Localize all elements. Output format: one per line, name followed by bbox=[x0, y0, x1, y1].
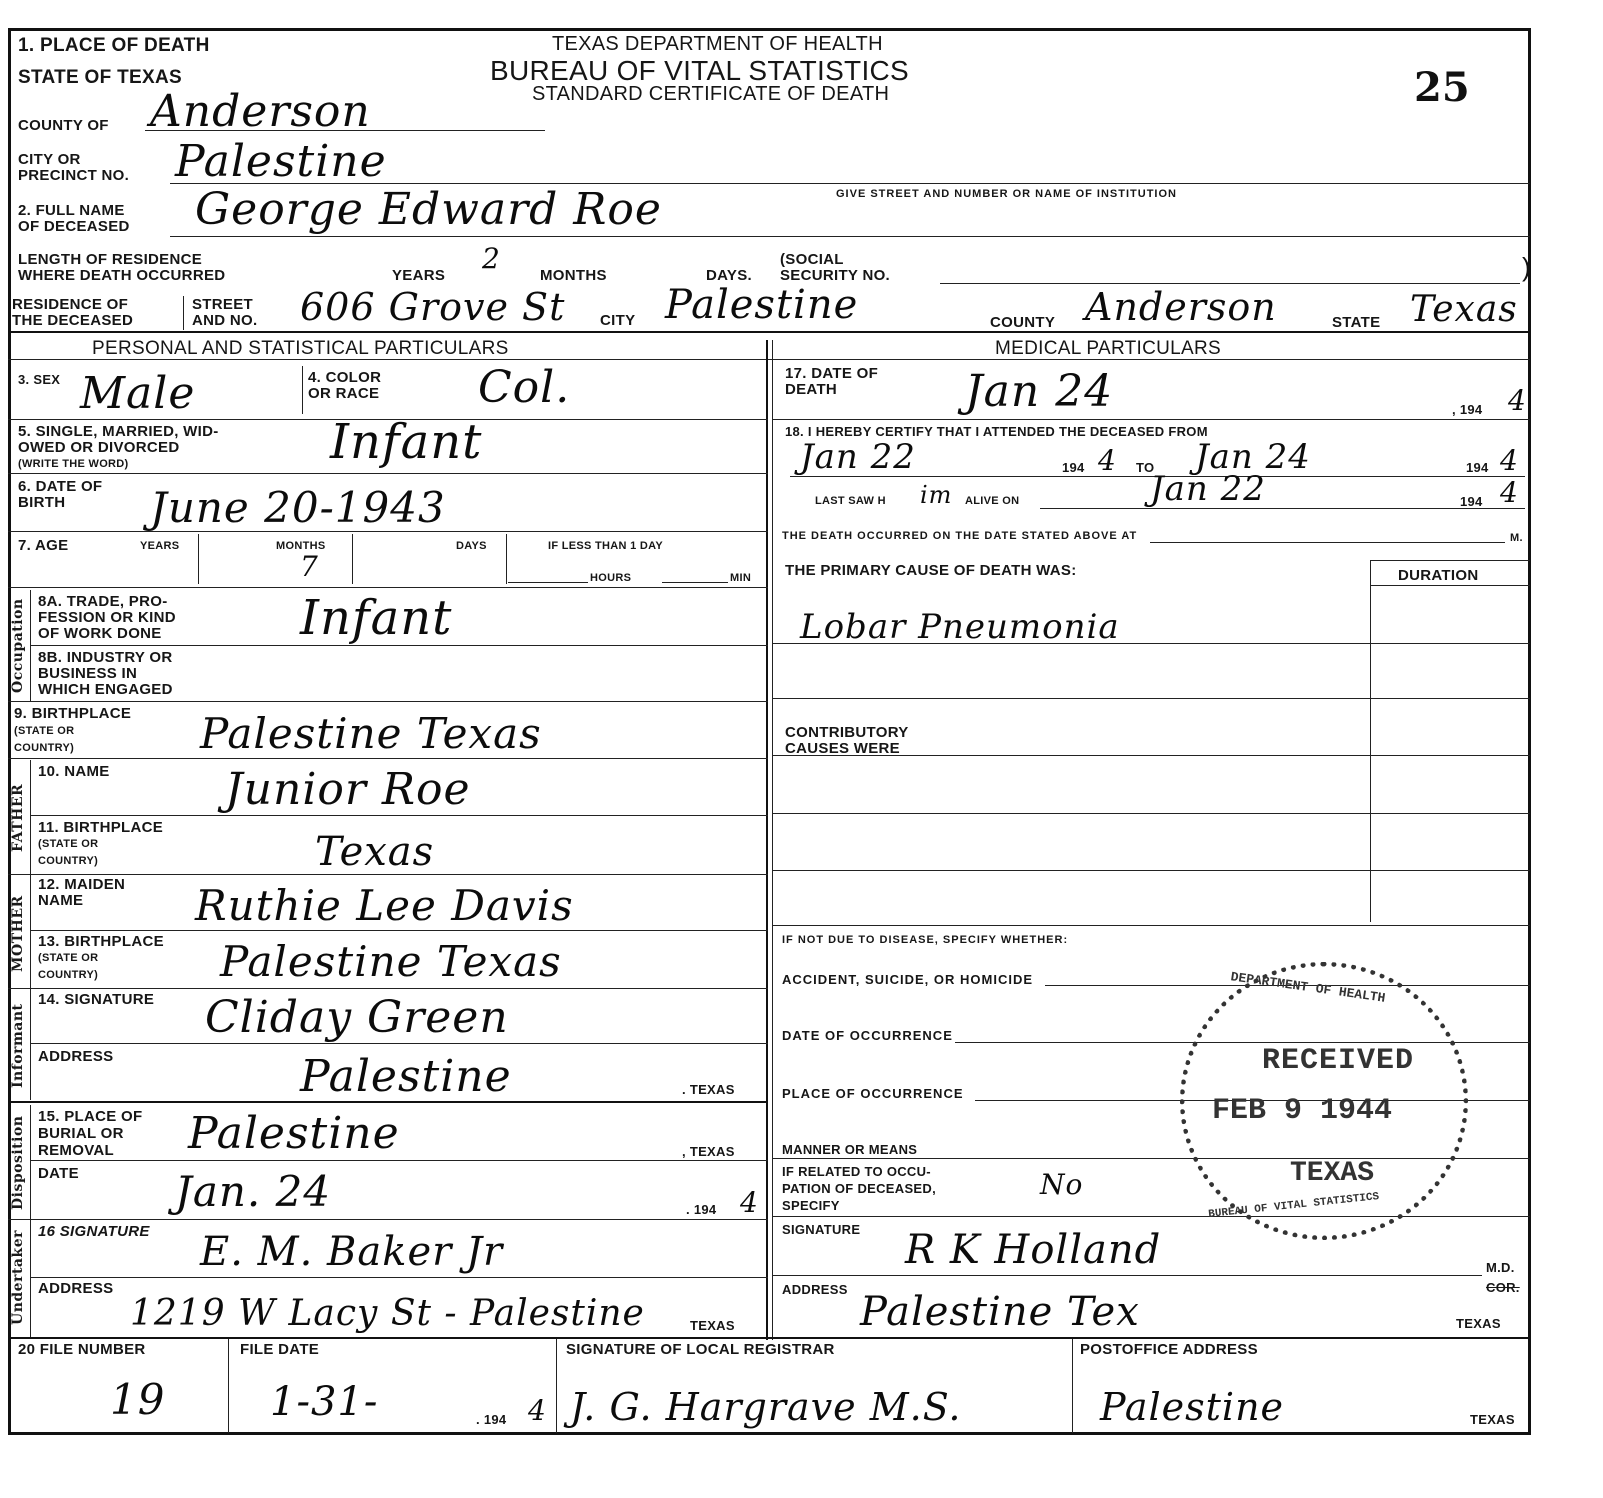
undertaker-addr-value[interactable]: 1219 W Lacy St - Palestine bbox=[130, 1292, 645, 1336]
residence-label-1: RESIDENCE OF bbox=[12, 297, 128, 313]
ssn-label-1: (SOCIAL bbox=[780, 252, 844, 268]
burial-label-2: BURIAL OR bbox=[38, 1126, 124, 1142]
birthplace-label-3: COUNTRY) bbox=[14, 742, 74, 755]
age-div-3 bbox=[506, 534, 507, 584]
undertaker-side-label: Undertaker bbox=[10, 1222, 30, 1334]
informant-addr-value[interactable]: Palestine bbox=[300, 1055, 512, 1099]
occurrence-date-label: DATE OF OCCURRENCE bbox=[782, 1028, 953, 1043]
row-line-mother-birthplace bbox=[8, 988, 768, 989]
row-line-trade bbox=[30, 645, 768, 646]
residence-state-label: STATE bbox=[1332, 315, 1380, 331]
burial-state: , TEXAS bbox=[682, 1144, 735, 1159]
marital-label-1: 5. SINGLE, MARRIED, WID- bbox=[18, 424, 219, 440]
disposition-side-label: Disposition bbox=[10, 1108, 30, 1218]
hours-label: HOURS bbox=[590, 572, 631, 585]
footer-div-1 bbox=[228, 1339, 229, 1433]
cause-line-2 bbox=[772, 698, 1530, 699]
contrib-line-4 bbox=[772, 925, 1530, 926]
residence-length-label-2: WHERE DEATH OCCURRED bbox=[18, 268, 225, 284]
sex-label: 3. SEX bbox=[18, 372, 60, 387]
contrib-line-3 bbox=[772, 870, 1530, 871]
row-line-dob bbox=[8, 531, 768, 532]
full-name-label-1: 2. FULL NAME bbox=[18, 203, 125, 219]
undertaker-side-divider bbox=[30, 1220, 31, 1338]
burial-date-value[interactable]: Jan. 24 bbox=[175, 1170, 331, 1214]
related-label-1: IF RELATED TO OCCU- bbox=[782, 1164, 931, 1179]
ssn-close-paren: ) bbox=[1522, 252, 1531, 283]
trade-label-1: 8A. TRADE, PRO- bbox=[38, 594, 168, 610]
attended-to-year-suffix[interactable]: 4 bbox=[1500, 446, 1519, 476]
file-date-year-suffix[interactable]: 4 bbox=[528, 1396, 547, 1426]
min-label: MIN bbox=[730, 572, 751, 585]
physician-address-state: TEXAS bbox=[1456, 1316, 1501, 1331]
certificate-number: 25 bbox=[1414, 66, 1470, 110]
duration-top-line bbox=[1370, 560, 1530, 561]
physician-signature-label: SIGNATURE bbox=[782, 1222, 860, 1237]
row-line-marital bbox=[8, 473, 768, 474]
father-birthplace-label-2: (STATE OR bbox=[38, 838, 98, 851]
undertaker-addr-label: ADDRESS bbox=[38, 1281, 113, 1297]
residence-state-value[interactable]: Texas bbox=[1410, 288, 1518, 332]
frame-bottom bbox=[8, 1432, 1530, 1435]
accident-label: ACCIDENT, SUICIDE, OR HOMICIDE bbox=[782, 972, 1033, 987]
dob-label-2: BIRTH bbox=[18, 495, 65, 511]
sex-race-divider bbox=[302, 366, 303, 414]
full-name-label-2: OF DECEASED bbox=[18, 219, 130, 235]
death-date-label-2: DEATH bbox=[785, 382, 837, 398]
row-line-informant-addr bbox=[8, 1101, 768, 1103]
race-label-1: 4. COLOR bbox=[308, 370, 381, 386]
residence-county-value[interactable]: Anderson bbox=[1085, 285, 1277, 329]
death-time-line bbox=[1150, 542, 1505, 543]
death-year-suffix[interactable]: 4 bbox=[1508, 386, 1527, 416]
sex-value[interactable]: Male bbox=[80, 372, 195, 416]
father-side-divider bbox=[30, 760, 31, 876]
father-side-label: FATHER bbox=[10, 762, 30, 874]
father-name-value[interactable]: Junior Roe bbox=[225, 768, 471, 812]
county-of-label: COUNTY OF bbox=[18, 118, 109, 134]
industry-label-2: BUSINESS IN bbox=[38, 666, 137, 682]
file-date-value[interactable]: 1-31- bbox=[270, 1380, 378, 1424]
hours-line bbox=[508, 582, 588, 583]
burial-label-3: REMOVAL bbox=[38, 1143, 114, 1159]
bureau-title: BUREAU OF VITAL STATISTICS bbox=[490, 56, 909, 86]
row-line-burial bbox=[30, 1160, 768, 1161]
marital-label-2: OWED OR DIVORCED bbox=[18, 440, 179, 456]
street-label-1: STREET bbox=[192, 297, 253, 313]
alive-on-label: ALIVE ON bbox=[965, 495, 1019, 508]
dob-label-1: 6. DATE OF bbox=[18, 479, 102, 495]
footer-div-2 bbox=[556, 1339, 557, 1433]
undertaker-sig-label: 16 SIGNATURE bbox=[38, 1224, 150, 1240]
ssn-line bbox=[940, 283, 1520, 284]
related-label-3: SPECIFY bbox=[782, 1198, 840, 1213]
center-divider-b bbox=[772, 340, 773, 1340]
age-days-label: DAYS bbox=[456, 540, 487, 553]
center-divider-a bbox=[766, 340, 768, 1340]
min-line bbox=[662, 582, 728, 583]
race-label-2: OR RACE bbox=[308, 386, 379, 402]
frame-right bbox=[1528, 28, 1531, 1435]
medical-section-title: MEDICAL PARTICULARS bbox=[995, 339, 1221, 358]
last-saw-line bbox=[1040, 508, 1525, 509]
county-line bbox=[145, 130, 545, 131]
postoffice-state: TEXAS bbox=[1470, 1412, 1515, 1427]
row-line-industry bbox=[8, 701, 768, 702]
birthplace-label-1: 9. BIRTHPLACE bbox=[14, 706, 131, 722]
row-line-father-name bbox=[30, 815, 768, 816]
death-time-label: THE DEATH OCCURRED ON THE DATE STATED AB… bbox=[782, 530, 1137, 543]
age-label: 7. AGE bbox=[18, 538, 68, 554]
contrib-line-2 bbox=[772, 813, 1530, 814]
duration-divider bbox=[1370, 560, 1371, 922]
row-line-father-birthplace bbox=[8, 874, 768, 875]
marital-value[interactable]: Infant bbox=[330, 420, 482, 464]
race-value[interactable]: Col. bbox=[478, 366, 570, 410]
section-header-line bbox=[8, 359, 1530, 360]
age-years-label: YEARS bbox=[140, 540, 179, 553]
frame-top bbox=[8, 28, 1530, 31]
primary-cause-label: THE PRIMARY CAUSE OF DEATH WAS: bbox=[785, 563, 1077, 579]
related-line bbox=[772, 1216, 1530, 1217]
street-value[interactable]: 606 Grove St bbox=[300, 285, 565, 329]
department-title: TEXAS DEPARTMENT OF HEALTH bbox=[552, 35, 883, 54]
burial-label-1: 15. PLACE OF bbox=[38, 1109, 142, 1125]
postoffice-label: POSTOFFICE ADDRESS bbox=[1080, 1342, 1258, 1358]
father-birthplace-value[interactable]: Texas bbox=[315, 830, 434, 874]
physician-sig-line bbox=[772, 1275, 1482, 1276]
registrar-value[interactable]: J. G. Hargrave M.S. bbox=[570, 1385, 962, 1429]
informant-side-divider bbox=[30, 990, 31, 1100]
informant-sig-value[interactable]: Cliday Green bbox=[205, 996, 509, 1040]
mother-birthplace-label-1: 13. BIRTHPLACE bbox=[38, 934, 164, 950]
residence-divider bbox=[183, 296, 184, 330]
county-value[interactable]: Anderson bbox=[150, 90, 371, 134]
row-line-age bbox=[8, 587, 768, 588]
father-birthplace-label-3: COUNTRY) bbox=[38, 855, 98, 868]
father-birthplace-label-1: 11. BIRTHPLACE bbox=[38, 820, 163, 836]
death-date-label-1: 17. DATE OF bbox=[785, 366, 878, 382]
age-div-2 bbox=[352, 534, 353, 584]
row-line-death-date bbox=[772, 419, 1530, 420]
industry-label-1: 8B. INDUSTRY OR bbox=[38, 650, 173, 666]
city-label-1: CITY OR bbox=[18, 152, 81, 168]
death-time-suffix: M. bbox=[1510, 532, 1523, 545]
mother-birthplace-label-2: (STATE OR bbox=[38, 952, 98, 965]
contributory-label-1: CONTRIBUTORY bbox=[785, 725, 909, 741]
duration-under-line bbox=[1370, 585, 1530, 586]
personal-section-title: PERSONAL AND STATISTICAL PARTICULARS bbox=[92, 339, 509, 358]
informant-addr-label: ADDRESS bbox=[38, 1049, 113, 1065]
father-name-label: 10. NAME bbox=[38, 764, 110, 780]
row-line-informant-sig bbox=[30, 1043, 768, 1044]
file-number-value[interactable]: 19 bbox=[110, 1378, 165, 1422]
birthplace-value[interactable]: Palestine Texas bbox=[200, 712, 542, 756]
cause-line-1 bbox=[772, 643, 1530, 644]
duration-label: DURATION bbox=[1398, 568, 1478, 584]
age-months-value[interactable]: 7 bbox=[300, 552, 319, 582]
row-line-birthplace bbox=[8, 758, 768, 759]
certificate-title: STANDARD CERTIFICATE OF DEATH bbox=[532, 85, 889, 104]
mother-name-label-2: NAME bbox=[38, 893, 83, 909]
file-number-label: 20 FILE NUMBER bbox=[18, 1342, 146, 1358]
institution-hint: GIVE STREET AND NUMBER OR NAME OF INSTIT… bbox=[836, 188, 1177, 201]
dob-value[interactable]: June 20-1943 bbox=[150, 486, 446, 530]
occupation-side-label: Occupation bbox=[10, 592, 30, 700]
physician-signature-value[interactable]: R K Holland bbox=[905, 1228, 1161, 1272]
not-disease-label: IF NOT DUE TO DISEASE, SPECIFY WHETHER: bbox=[782, 934, 1068, 947]
occurrence-place-label: PLACE OF OCCURRENCE bbox=[782, 1086, 964, 1101]
residence-city-label: CITY bbox=[600, 313, 635, 329]
postoffice-value[interactable]: Palestine bbox=[1100, 1385, 1284, 1429]
trade-label-2: FESSION OR KIND bbox=[38, 610, 176, 626]
industry-label-3: WHICH ENGAGED bbox=[38, 682, 173, 698]
mother-side-label: MOTHER bbox=[10, 878, 30, 990]
residence-city-value[interactable]: Palestine bbox=[665, 283, 858, 327]
mother-birthplace-value[interactable]: Palestine Texas bbox=[220, 940, 562, 984]
city-label-2: PRECINCT NO. bbox=[18, 168, 129, 184]
row-line-undertaker-addr bbox=[8, 1337, 1530, 1339]
death-year-prefix: , 194 bbox=[1452, 402, 1482, 417]
street-label-2: AND NO. bbox=[192, 313, 257, 329]
primary-cause-value[interactable]: Lobar Pneumonia bbox=[800, 608, 1120, 646]
months-value[interactable]: 2 bbox=[482, 244, 501, 274]
burial-year-suffix[interactable]: 4 bbox=[740, 1188, 759, 1218]
full-name-line bbox=[170, 236, 1530, 237]
contrib-line-1 bbox=[772, 755, 1530, 756]
death-date-value[interactable]: Jan 24 bbox=[965, 370, 1113, 414]
city-value[interactable]: Palestine bbox=[175, 140, 387, 184]
age-div-1 bbox=[198, 534, 199, 584]
attended-from-year: 194 bbox=[1062, 460, 1085, 475]
place-of-death-label: 1. PLACE OF DEATH bbox=[18, 36, 210, 56]
burial-year-prefix: . 194 bbox=[686, 1202, 716, 1217]
attended-from[interactable]: Jan 22 bbox=[800, 438, 916, 476]
physician-address-label: ADDRESS bbox=[782, 1282, 848, 1297]
last-saw-year-suffix[interactable]: 4 bbox=[1500, 478, 1519, 508]
last-saw-year: 194 bbox=[1460, 494, 1483, 509]
row-line-undertaker-sig bbox=[30, 1277, 768, 1278]
last-saw-date[interactable]: Jan 22 bbox=[1150, 470, 1266, 508]
trade-label-3: OF WORK DONE bbox=[38, 626, 162, 642]
stamp-received: RECEIVED bbox=[1262, 1044, 1414, 1078]
mother-birthplace-label-3: COUNTRY) bbox=[38, 969, 98, 982]
state-of-texas-label: STATE OF TEXAS bbox=[18, 68, 182, 88]
mother-name-label-1: 12. MAIDEN bbox=[38, 877, 125, 893]
physician-address-value[interactable]: Palestine Tex bbox=[860, 1290, 1140, 1334]
trade-value[interactable]: Infant bbox=[300, 596, 452, 640]
related-label-2: PATION OF DECEASED, bbox=[782, 1181, 936, 1196]
years-label: YEARS bbox=[392, 268, 445, 284]
undertaker-sig-value[interactable]: E. M. Baker Jr bbox=[200, 1230, 503, 1274]
manner-label: MANNER OR MEANS bbox=[782, 1142, 917, 1157]
row-line-mother-name bbox=[30, 930, 768, 931]
informant-addr-state: . TEXAS bbox=[682, 1082, 735, 1097]
marital-label-3: (WRITE THE WORD) bbox=[18, 458, 129, 471]
mother-side-divider bbox=[30, 876, 31, 992]
months-label: MONTHS bbox=[540, 268, 607, 284]
residence-length-label-1: LENGTH OF RESIDENCE bbox=[18, 252, 202, 268]
attended-to-year: 194 bbox=[1466, 460, 1489, 475]
birthplace-label-2: (STATE OR bbox=[14, 725, 74, 738]
disposition-side-divider bbox=[30, 1105, 31, 1221]
informant-sig-label: 14. SIGNATURE bbox=[38, 992, 154, 1008]
stamp-state: TEXAS bbox=[1290, 1158, 1374, 1189]
informant-side-label: Informant bbox=[10, 994, 30, 1098]
attended-from-year-suffix[interactable]: 4 bbox=[1098, 446, 1117, 476]
residence-label-2: THE DECEASED bbox=[12, 313, 133, 329]
stamp-date: FEB 9 1944 bbox=[1212, 1094, 1392, 1128]
last-saw-label: LAST SAW H bbox=[815, 495, 886, 508]
row-line-burial-date bbox=[8, 1219, 768, 1220]
residence-county-label: COUNTY bbox=[990, 315, 1055, 331]
less-than-day-label: IF LESS THAN 1 DAY bbox=[548, 540, 663, 553]
file-date-label: FILE DATE bbox=[240, 1342, 319, 1358]
burial-value[interactable]: Palestine bbox=[188, 1112, 400, 1156]
footer-div-3 bbox=[1072, 1339, 1073, 1433]
md-label: M.D. bbox=[1486, 1260, 1515, 1275]
related-value[interactable]: No bbox=[1040, 1170, 1083, 1200]
last-saw-him[interactable]: im bbox=[920, 480, 952, 510]
file-date-year: . 194 bbox=[476, 1412, 506, 1427]
occupation-side-divider bbox=[30, 590, 31, 702]
mother-name-value[interactable]: Ruthie Lee Davis bbox=[195, 884, 574, 928]
registrar-label: SIGNATURE OF LOCAL REGISTRAR bbox=[566, 1342, 835, 1358]
burial-date-label: DATE bbox=[38, 1166, 79, 1182]
cor-label: COR. bbox=[1486, 1280, 1520, 1295]
undertaker-addr-state: TEXAS bbox=[690, 1318, 735, 1333]
full-name-value[interactable]: George Edward Roe bbox=[195, 188, 662, 232]
residence-line bbox=[8, 331, 1530, 333]
